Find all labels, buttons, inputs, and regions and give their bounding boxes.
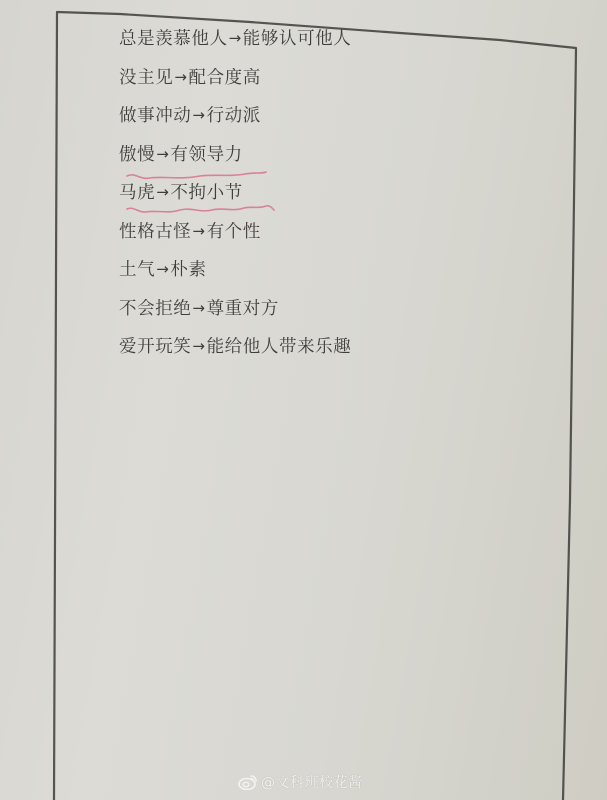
entry-row-underlined: 傲慢→有领导力 — [119, 142, 351, 181]
arrow-icon: → — [192, 334, 205, 358]
arrow-icon: → — [156, 142, 169, 166]
entry-row: 土气→朴素 — [119, 257, 351, 296]
arrow-icon: → — [156, 257, 169, 281]
arrow-icon: → — [192, 296, 205, 320]
entry-to: 朴素 — [170, 260, 206, 280]
entry-row: 没主见→配合度高 — [119, 65, 351, 104]
arrow-icon: → — [192, 103, 205, 127]
entry-to: 配合度高 — [188, 68, 260, 88]
entry-row-underlined: 马虎→不拘小节 — [119, 180, 351, 219]
entry-from: 傲慢 — [119, 145, 155, 165]
entry-to: 能够认可他人 — [243, 29, 352, 49]
watermark-text: @文科班校花酱 — [261, 772, 363, 792]
entry-list: 总是羡慕他人→能够认可他人 没主见→配合度高 做事冲动→行动派 傲慢→有领导力 … — [119, 26, 351, 373]
entry-to: 能给他人带来乐趣 — [207, 337, 352, 357]
entry-from: 没主见 — [119, 68, 173, 88]
entry-from: 土气 — [119, 260, 155, 280]
entry-from: 马虎 — [119, 183, 155, 203]
entry-row: 不会拒绝→尊重对方 — [119, 296, 351, 335]
arrow-icon: → — [192, 219, 205, 243]
entry-row: 总是羡慕他人→能够认可他人 — [119, 26, 351, 65]
entry-from: 总是羡慕他人 — [119, 29, 228, 49]
entry-row: 性格古怪→有个性 — [119, 219, 351, 258]
entry-from: 不会拒绝 — [119, 299, 191, 319]
entry-to: 不拘小节 — [170, 183, 242, 203]
entry-to: 有领导力 — [170, 145, 242, 165]
entry-row: 做事冲动→行动派 — [119, 103, 351, 142]
entry-from: 性格古怪 — [119, 222, 191, 242]
weibo-icon — [238, 774, 258, 790]
entry-from: 做事冲动 — [119, 106, 191, 126]
entry-to: 尊重对方 — [207, 299, 279, 319]
entry-from: 爱开玩笑 — [119, 337, 191, 357]
entry-to: 有个性 — [207, 222, 261, 242]
entry-to: 行动派 — [207, 106, 261, 126]
arrow-icon: → — [229, 26, 242, 50]
arrow-icon: → — [174, 65, 187, 89]
watermark: @文科班校花酱 — [238, 772, 363, 792]
arrow-icon: → — [156, 180, 169, 204]
entry-row: 爱开玩笑→能给他人带来乐趣 — [119, 334, 351, 373]
